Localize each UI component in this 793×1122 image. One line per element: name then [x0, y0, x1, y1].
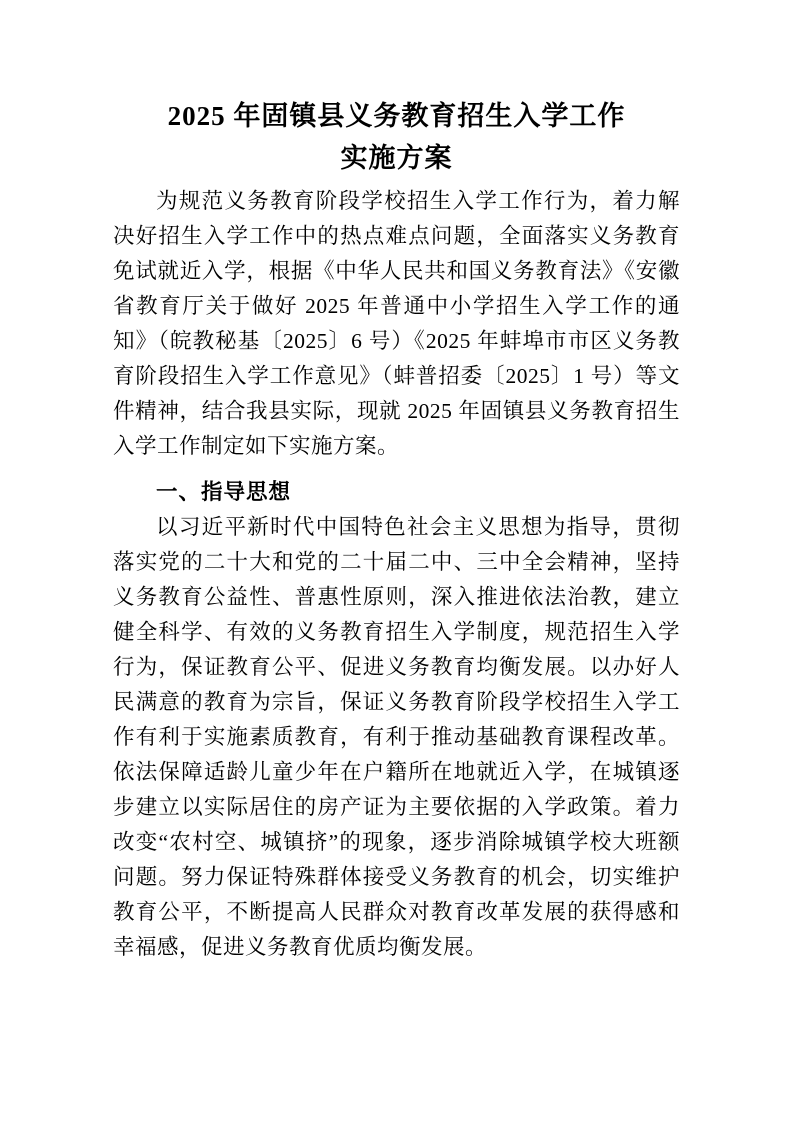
section-1-paragraph: 以习近平新时代中国特色社会主义思想为指导，贯彻落实党的二十大和党的二十届二中、三…	[113, 510, 680, 965]
document-title-line1: 2025 年固镇县义务教育招生入学工作	[113, 95, 680, 137]
intro-paragraph: 为规范义务教育阶段学校招生入学工作行为，着力解决好招生入学工作中的热点难点问题，…	[113, 184, 680, 464]
document-content: 2025 年固镇县义务教育招生入学工作 实施方案 为规范义务教育阶段学校招生入学…	[0, 0, 793, 965]
section-1-heading: 一、指导思想	[113, 475, 680, 510]
document-title: 2025 年固镇县义务教育招生入学工作 实施方案	[113, 95, 680, 179]
document-page: 2025 年固镇县义务教育招生入学工作 实施方案 为规范义务教育阶段学校招生入学…	[0, 0, 793, 1122]
document-title-line2: 实施方案	[113, 137, 680, 179]
